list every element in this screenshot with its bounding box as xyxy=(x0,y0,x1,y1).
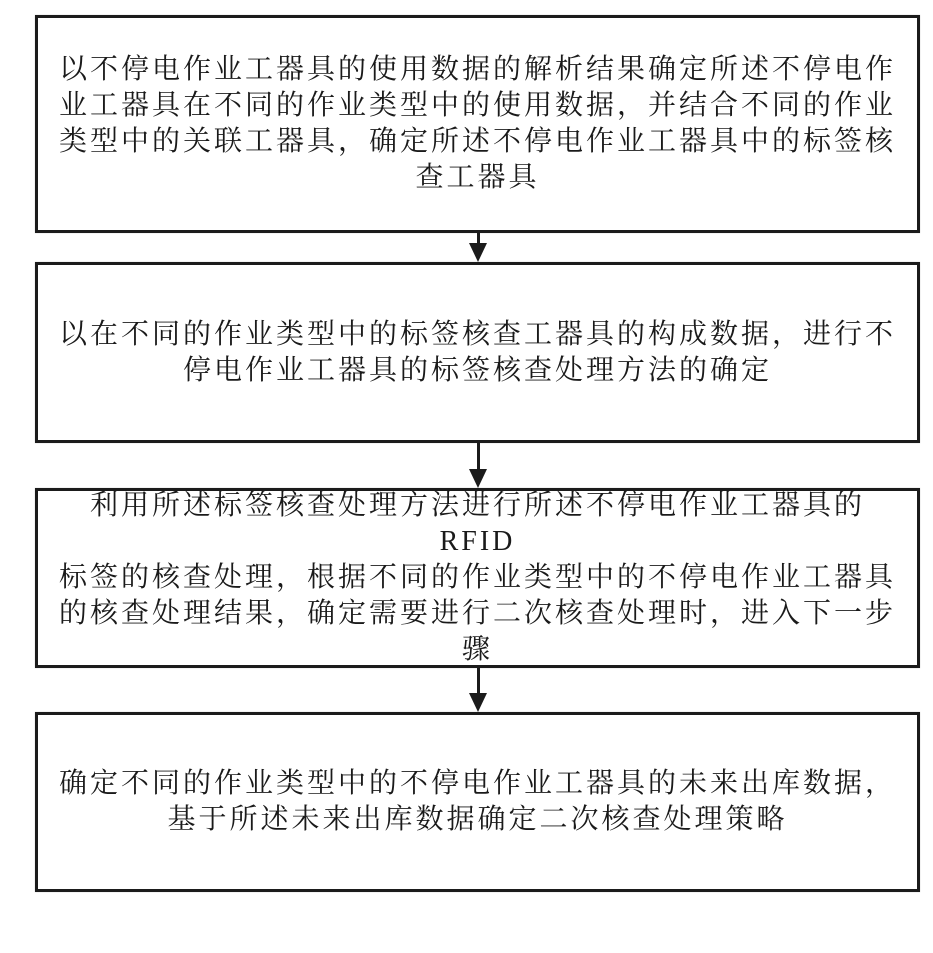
flow-step-2: 以在不同的作业类型中的标签核查工器具的构成数据，进行不 停电作业工器具的标签核查… xyxy=(35,262,920,443)
arrow-shaft xyxy=(477,443,480,469)
flow-step-2-text: 以在不同的作业类型中的标签核查工器具的构成数据，进行不 停电作业工器具的标签核查… xyxy=(57,317,898,389)
flow-step-3: 利用所述标签核查处理方法进行所述不停电作业工器具的RFID 标签的核查处理，根据… xyxy=(35,488,920,668)
flow-step-4-text: 确定不同的作业类型中的不停电作业工器具的未来出库数据， 基于所述未来出库数据确定… xyxy=(57,766,898,838)
down-arrow-icon xyxy=(469,233,487,262)
arrow-head xyxy=(469,693,487,712)
arrow-head xyxy=(469,469,487,488)
arrow-shaft xyxy=(477,668,480,693)
flow-step-1-text: 以不停电作业工器具的使用数据的解析结果确定所述不停电作 业工器具在不同的作业类型… xyxy=(57,52,898,196)
down-arrow-icon xyxy=(469,668,487,712)
flowchart-figure: 以不停电作业工器具的使用数据的解析结果确定所述不停电作 业工器具在不同的作业类型… xyxy=(0,0,933,953)
flow-step-3-text: 利用所述标签核查处理方法进行所述不停电作业工器具的RFID 标签的核查处理，根据… xyxy=(57,488,898,668)
flow-step-4: 确定不同的作业类型中的不停电作业工器具的未来出库数据， 基于所述未来出库数据确定… xyxy=(35,712,920,892)
flow-step-1: 以不停电作业工器具的使用数据的解析结果确定所述不停电作 业工器具在不同的作业类型… xyxy=(35,15,920,233)
arrow-shaft xyxy=(477,233,480,243)
arrow-head xyxy=(469,243,487,262)
down-arrow-icon xyxy=(469,443,487,488)
